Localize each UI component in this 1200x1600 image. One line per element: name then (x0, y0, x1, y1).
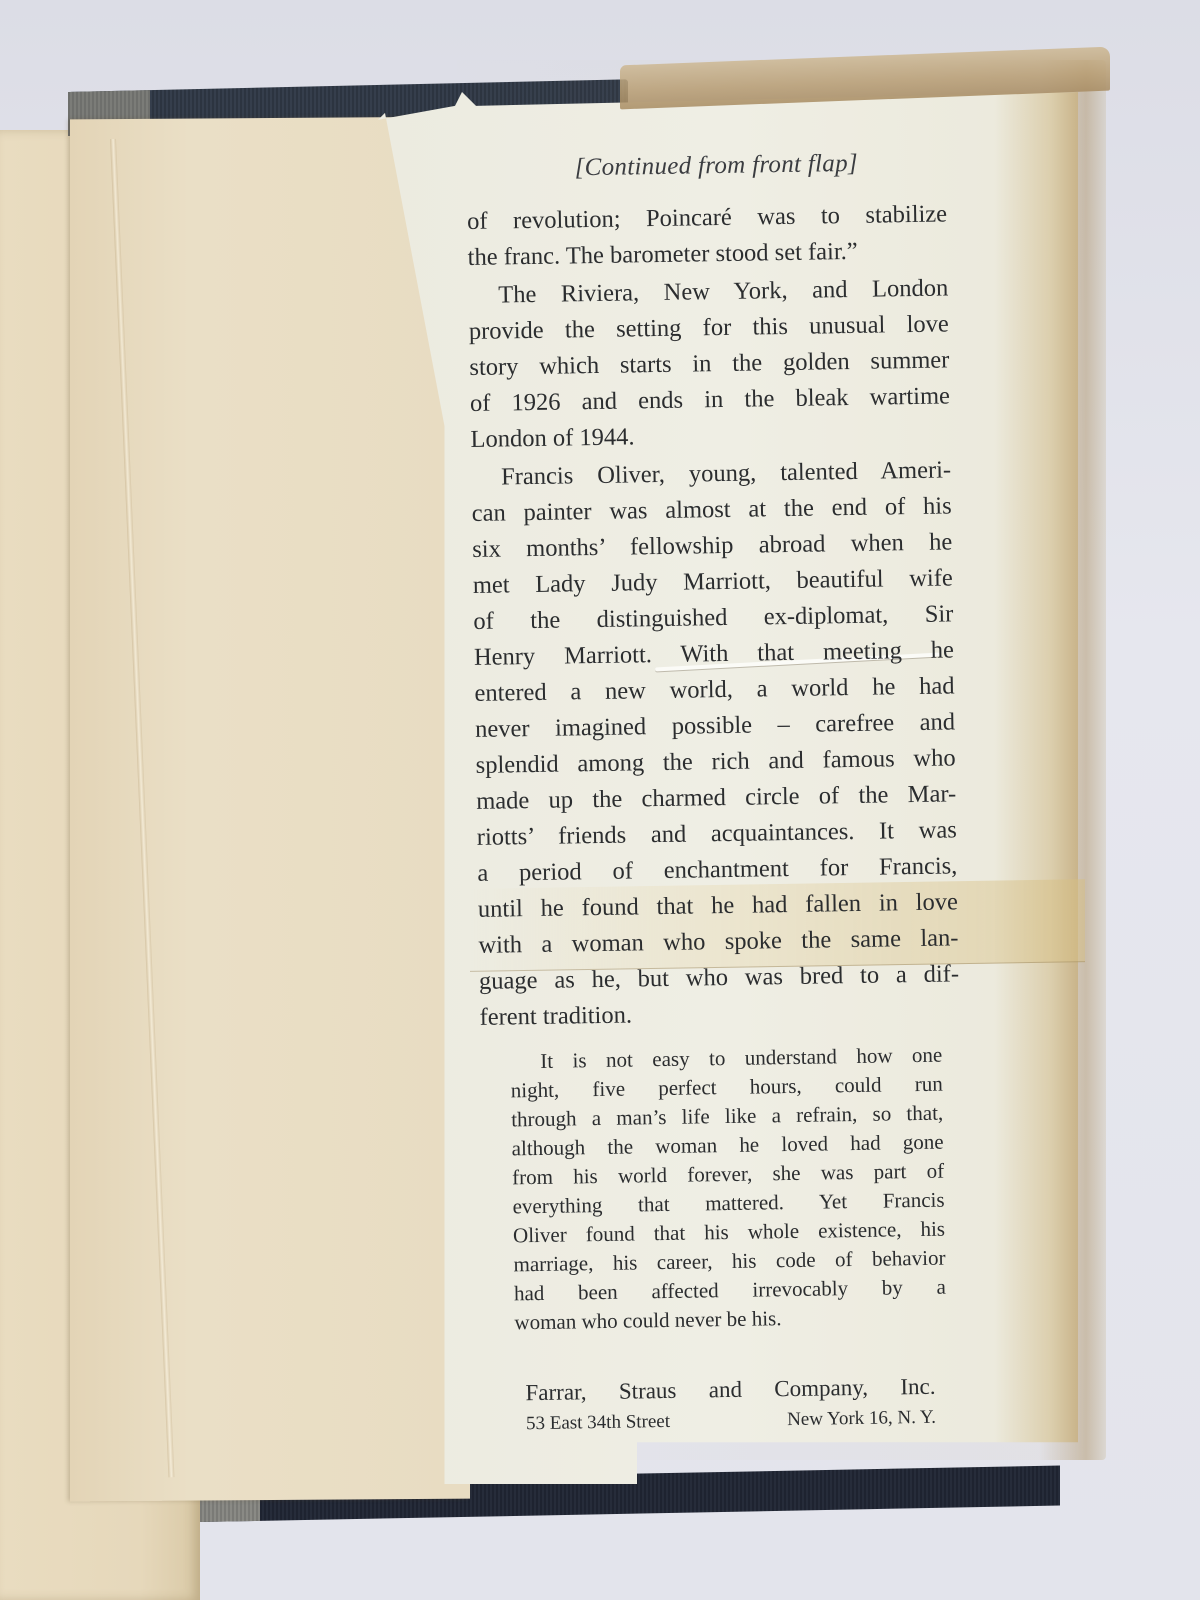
text-line: of revolution; Poincaré was to stabilize (467, 196, 948, 240)
paragraph-4: It is not easy to understand how one nig… (480, 1041, 946, 1338)
flap-heading: [Continued from front flap] (486, 148, 946, 183)
text-line: guage as he, but who was bred to a dif- (479, 956, 960, 1000)
text-line: of 1926 and ends in the bleak wartime (470, 378, 951, 422)
publisher-imprint: Farrar, Straus and Company, Inc. 53 East… (485, 1371, 936, 1440)
publisher-street: 53 East 34th Street (526, 1407, 671, 1439)
paragraph-1: of revolution; Poincaré was to stabilize… (467, 196, 948, 276)
publisher-address: 53 East 34th Street New York 16, N. Y. (526, 1403, 936, 1439)
paragraph-3: Francis Oliver, young, talented Ameri- c… (471, 452, 960, 1035)
endpaper (70, 117, 470, 1502)
book-photo: [Continued from front flap] of revolutio… (0, 0, 1200, 1600)
text-line: the franc. The barometer stood set fair.… (467, 232, 948, 276)
paragraph-2: The Riviera, New York, and London provid… (468, 270, 951, 458)
text-line: woman who could never be his. (514, 1302, 946, 1338)
publisher-city: New York 16, N. Y. (787, 1403, 936, 1435)
flap-text: [Continued from front flap] of revolutio… (466, 142, 966, 1439)
text-line: ferent tradition. (479, 992, 960, 1036)
text-line: London of 1944. (470, 414, 951, 458)
